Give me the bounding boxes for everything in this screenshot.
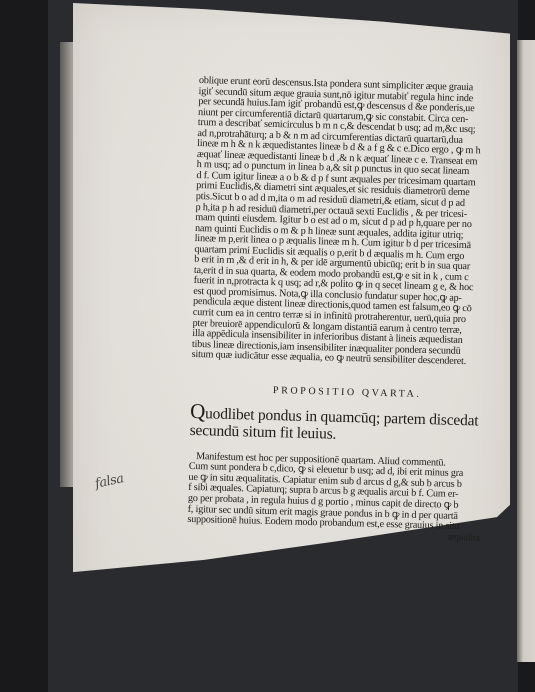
main-text: oblique erunt eorū descensus.Ista ponder… (192, 76, 504, 369)
photo-scene: falsa oblique erunt eorū descensus.Ista … (0, 0, 535, 692)
drop-initial: Q (190, 399, 206, 423)
proposition-proof: Manifestum est hoc per suppositionē quar… (187, 452, 494, 544)
facing-page-edge (517, 40, 535, 662)
proposition-enunciation: Quodlibet pondus in quamcūq; partem disc… (190, 403, 496, 447)
printed-text-block: oblique erunt eorū descensus.Ista ponder… (187, 76, 504, 543)
proposition-heading: PROPOSITIO QVARTA. (191, 383, 496, 402)
